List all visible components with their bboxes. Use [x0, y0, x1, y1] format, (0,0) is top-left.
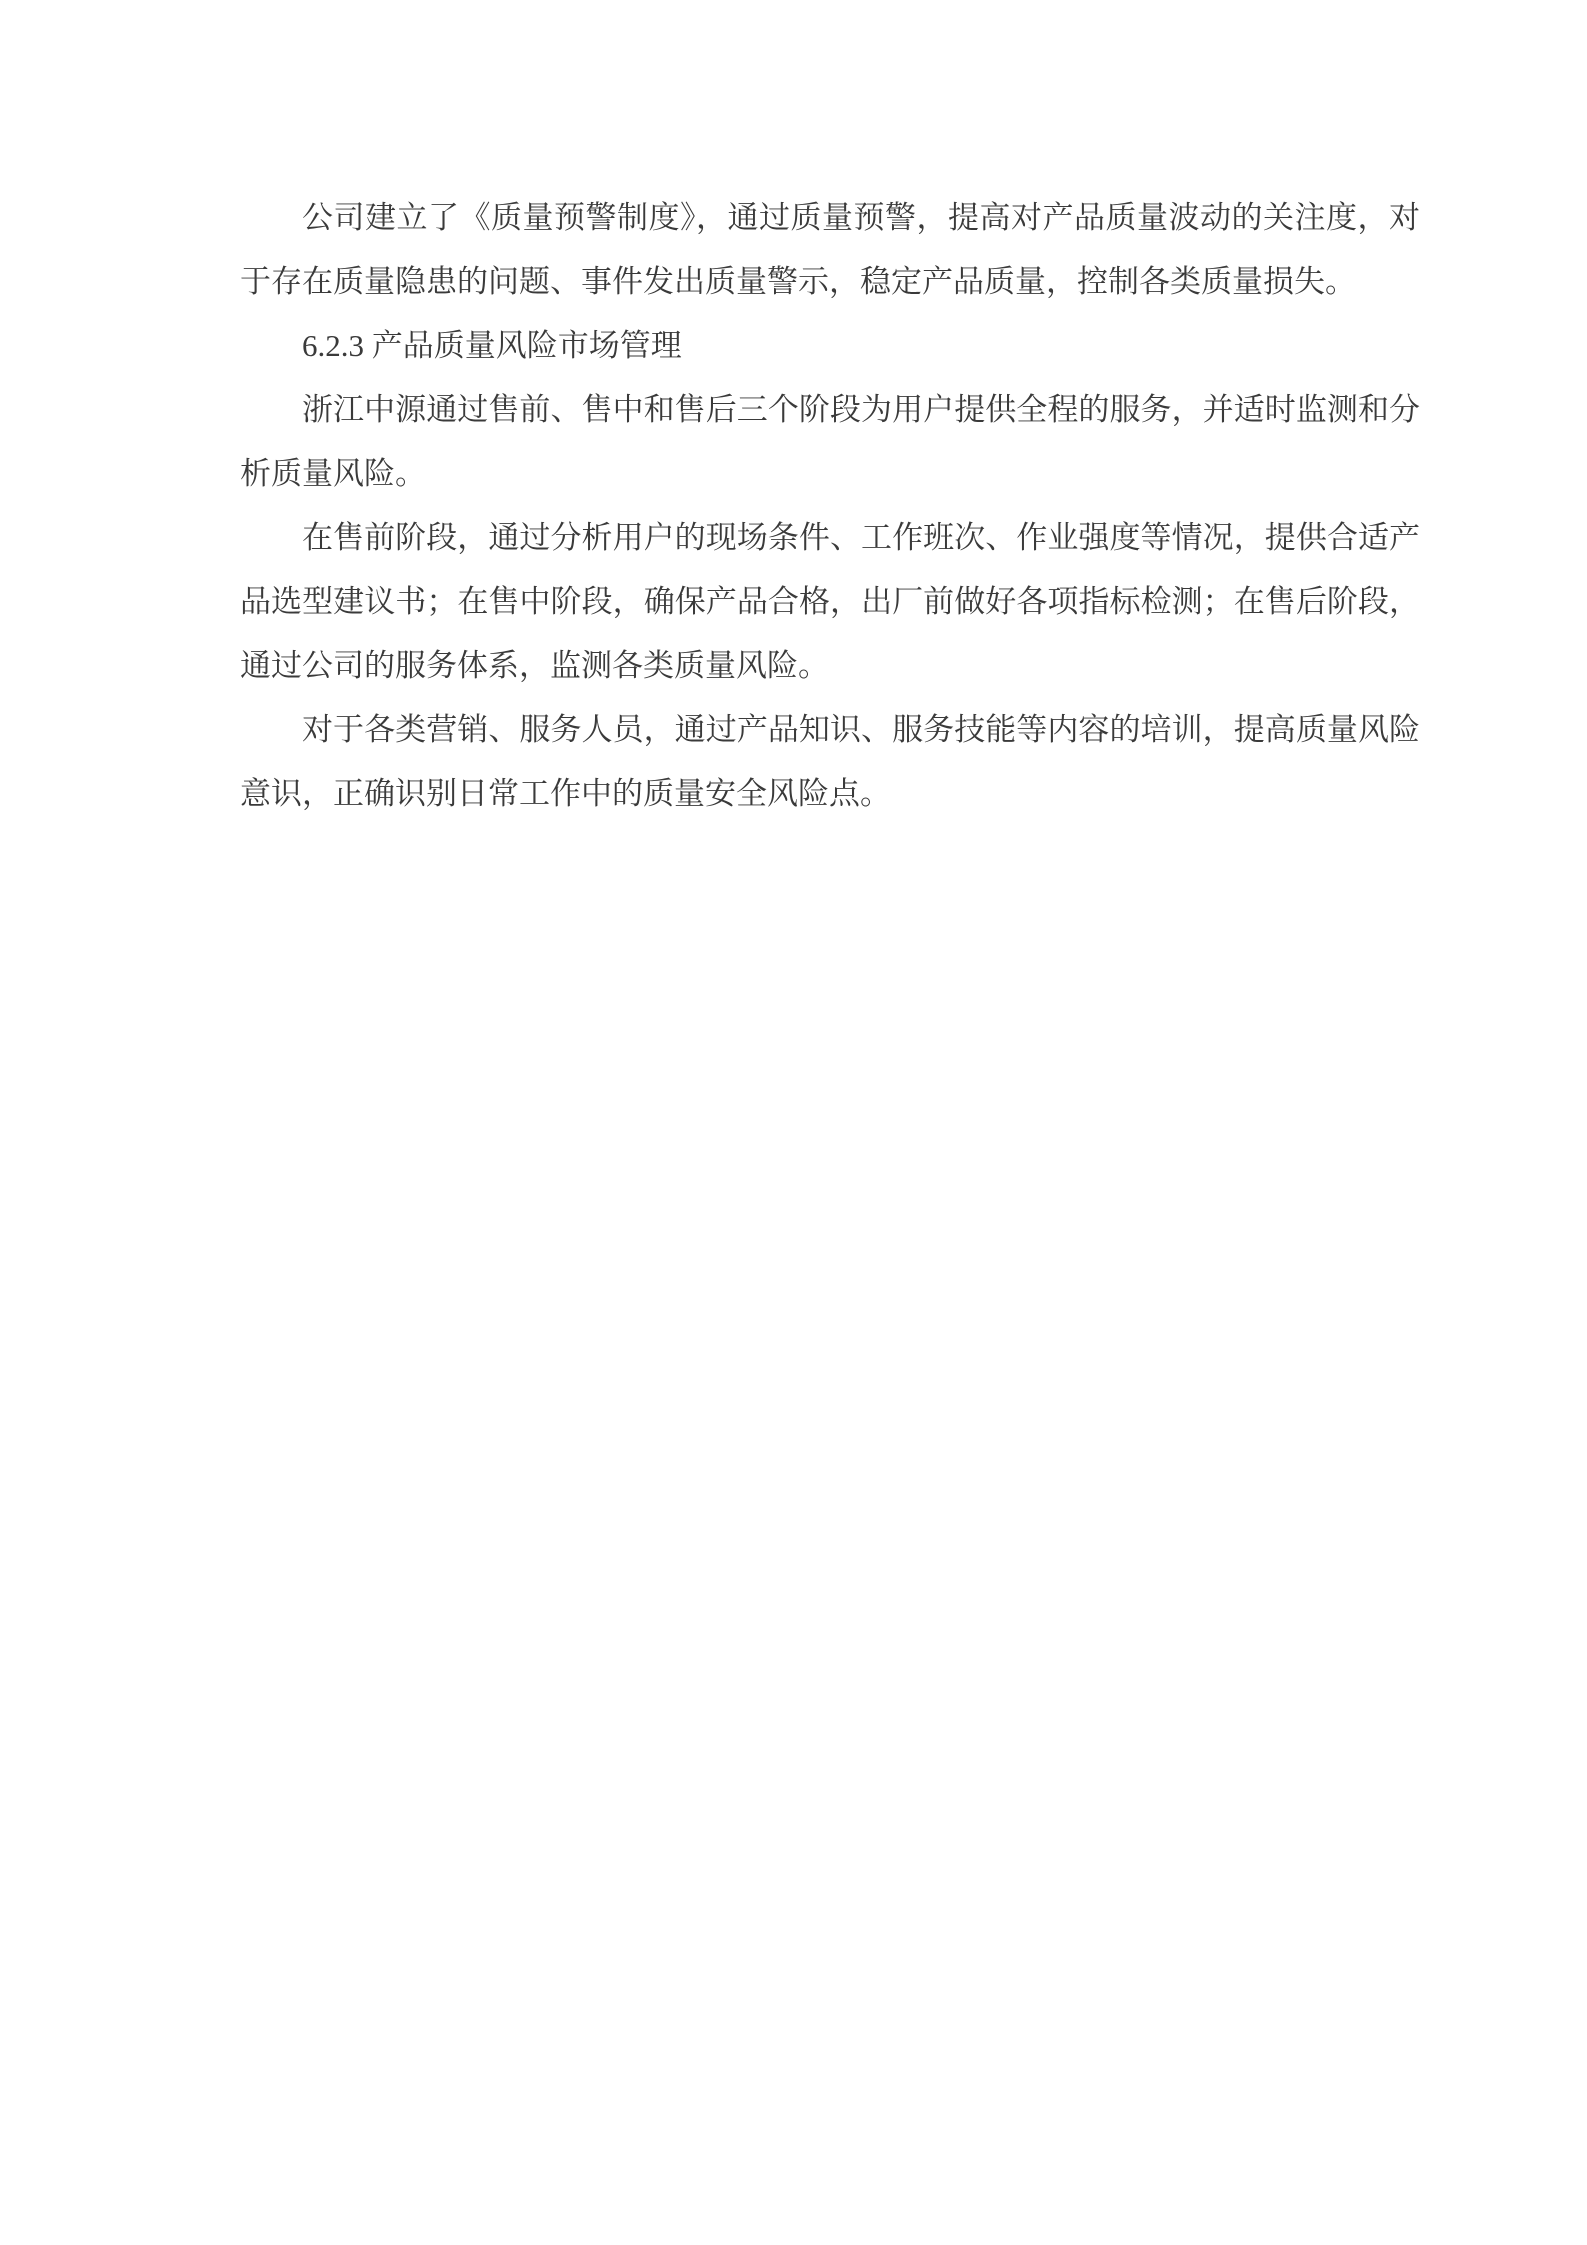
document-content: 公司建立了《质量预警制度》，通过质量预警，提高对产品质量波动的关注度，对于存在质… [240, 186, 1420, 826]
body-paragraph: 对于各类营销、服务人员，通过产品知识、服务技能等内容的培训，提高质量风险意识，正… [240, 698, 1420, 826]
body-paragraph: 公司建立了《质量预警制度》，通过质量预警，提高对产品质量波动的关注度，对于存在质… [240, 186, 1420, 314]
body-paragraph: 浙江中源通过售前、售中和售后三个阶段为用户提供全程的服务，并适时监测和分析质量风… [240, 378, 1420, 506]
section-heading: 6.2.3 产品质量风险市场管理 [240, 314, 1420, 378]
body-paragraph: 在售前阶段，通过分析用户的现场条件、工作班次、作业强度等情况，提供合适产品选型建… [240, 506, 1420, 698]
document-page: 公司建立了《质量预警制度》，通过质量预警，提高对产品质量波动的关注度，对于存在质… [0, 0, 1587, 2245]
